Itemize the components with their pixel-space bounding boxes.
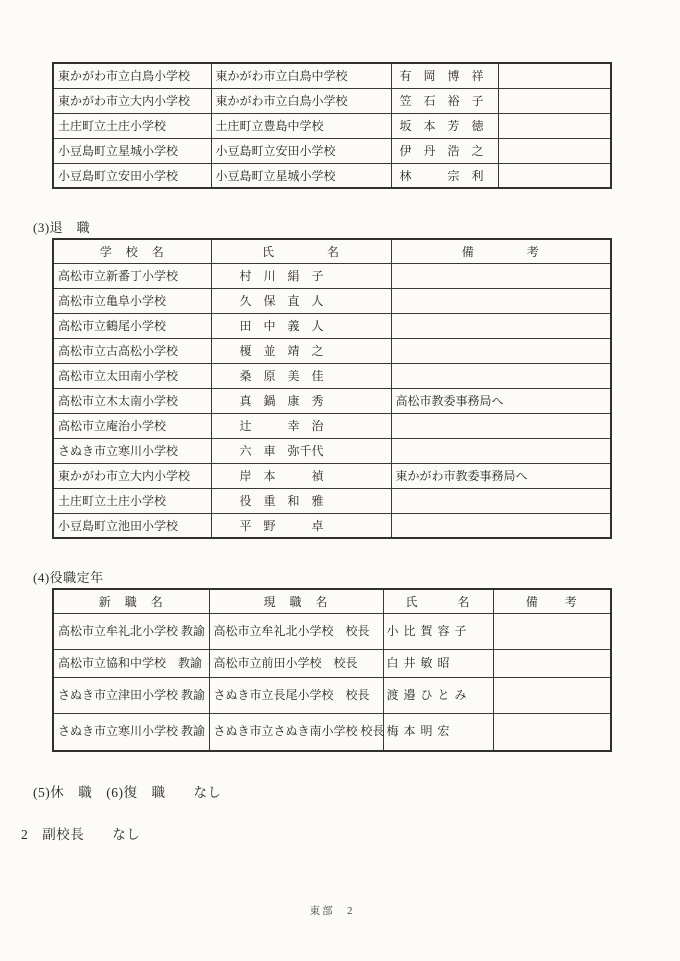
table-row: さぬき市立寒川小学校 六 車 弥千代 (53, 438, 611, 463)
school-name-cell: さぬき市立寒川小学校 (53, 438, 211, 463)
table-row: 高松市立木太南小学校 真 鍋 康 秀 高松市教委事務局へ (53, 388, 611, 413)
person-name-cell: 坂 本 芳 徳 (391, 113, 498, 138)
current-post-cell: さぬき市立長尾小学校 校長 (209, 677, 383, 713)
remarks-cell (493, 677, 611, 713)
table-row: 小豆島町立安田小学校 小豆島町立星城小学校 林 宗 利 (53, 163, 611, 188)
table-row: 高松市立庵治小学校 辻 幸 治 (53, 413, 611, 438)
remarks-header: 備 考 (493, 589, 611, 613)
new-post-cell: さぬき市立津田小学校 教諭 (53, 677, 209, 713)
new-school-cell: 小豆島町立星城小学校 (211, 163, 391, 188)
page-footer: 東部 2 (0, 903, 664, 918)
remarks-cell: 東かがわ市教委事務局へ (391, 463, 611, 488)
table-row: さぬき市立寒川小学校 教諭 さぬき市立さぬき南小学校 校長 梅 本 明 宏 (53, 713, 611, 751)
current-school-cell: 小豆島町立安田小学校 (53, 163, 211, 188)
section-4-heading: (4)役職定年 (33, 567, 104, 586)
person-name-cell: 田 中 義 人 (211, 313, 391, 338)
school-name-cell: 高松市立新番丁小学校 (53, 263, 211, 288)
person-name-cell: 真 鍋 康 秀 (211, 388, 391, 413)
person-name-cell: 渡 邉 ひ と み (383, 677, 493, 713)
new-school-cell: 土庄町立豊島中学校 (211, 113, 391, 138)
note-cell (498, 88, 611, 113)
school-name-cell: 高松市立太田南小学校 (53, 363, 211, 388)
table-row: 小豆島町立星城小学校 小豆島町立安田小学校 伊 丹 浩 之 (53, 138, 611, 163)
table-row: 高松市立古高松小学校 榎 並 靖 之 (53, 338, 611, 363)
table-row: 高松市立太田南小学校 桑 原 美 佳 (53, 363, 611, 388)
person-name-cell: 役 重 和 雅 (211, 488, 391, 513)
current-post-header: 現 職 名 (209, 589, 383, 613)
note-cell (498, 113, 611, 138)
table-row: 高松市立鶴尾小学校 田 中 義 人 (53, 313, 611, 338)
school-name-cell: 土庄町立土庄小学校 (53, 488, 211, 513)
school-name-cell: 高松市立亀阜小学校 (53, 288, 211, 313)
person-name-cell: 梅 本 明 宏 (383, 713, 493, 751)
person-name-cell: 笠 石 裕 子 (391, 88, 498, 113)
school-name-cell: 高松市立木太南小学校 (53, 388, 211, 413)
person-name-cell: 辻 幸 治 (211, 413, 391, 438)
table-row: 高松市立協和中学校 教諭 高松市立前田小学校 校長 白 井 敏 昭 (53, 649, 611, 677)
table-row: 高松市立亀阜小学校 久 保 直 人 (53, 288, 611, 313)
new-post-cell: 高松市立牟礼北小学校 教諭 (53, 613, 209, 649)
role-retirement-table: 新 職 名 現 職 名 氏 名 備 考 高松市立牟礼北小学校 教諭 高松市立牟礼… (52, 588, 612, 752)
remarks-cell (391, 488, 611, 513)
transfer-table: 東かがわ市立白鳥小学校 東かがわ市立白鳥中学校 有 岡 博 祥 東かがわ市立大内… (52, 62, 612, 189)
remarks-cell (391, 288, 611, 313)
new-school-cell: 東かがわ市立白鳥中学校 (211, 63, 391, 88)
table-row: 小豆島町立池田小学校 平 野 卓 (53, 513, 611, 538)
person-name-cell: 村 川 絹 子 (211, 263, 391, 288)
section-5-6-line: (5)休 職 (6)復 職 なし (33, 781, 221, 801)
current-school-cell: 東かがわ市立白鳥小学校 (53, 63, 211, 88)
retirement-table: 学 校 名 氏 名 備 考 高松市立新番丁小学校 村 川 絹 子 高松市立亀阜小… (52, 238, 612, 539)
note-cell (498, 63, 611, 88)
section-3-heading: (3)退 職 (33, 217, 90, 236)
new-school-cell: 東かがわ市立白鳥小学校 (211, 88, 391, 113)
remarks-cell (391, 313, 611, 338)
remarks-header: 備 考 (391, 239, 611, 263)
person-name-cell: 小 比 賀 容 子 (383, 613, 493, 649)
section-2-line: 2 副校長 なし (21, 823, 140, 843)
person-name-cell: 平 野 卓 (211, 513, 391, 538)
school-name-cell: 高松市立古高松小学校 (53, 338, 211, 363)
table-row: 高松市立新番丁小学校 村 川 絹 子 (53, 263, 611, 288)
person-name-cell: 岸 本 禎 (211, 463, 391, 488)
table-row: 高松市立牟礼北小学校 教諭 高松市立牟礼北小学校 校長 小 比 賀 容 子 (53, 613, 611, 649)
current-school-cell: 土庄町立土庄小学校 (53, 113, 211, 138)
person-name-cell: 六 車 弥千代 (211, 438, 391, 463)
person-name-cell: 榎 並 靖 之 (211, 338, 391, 363)
table-row: 東かがわ市立白鳥小学校 東かがわ市立白鳥中学校 有 岡 博 祥 (53, 63, 611, 88)
school-name-cell: 高松市立鶴尾小学校 (53, 313, 211, 338)
school-name-cell: 東かがわ市立大内小学校 (53, 463, 211, 488)
school-name-cell: 小豆島町立池田小学校 (53, 513, 211, 538)
table-row: 土庄町立土庄小学校 役 重 和 雅 (53, 488, 611, 513)
current-post-cell: 高松市立牟礼北小学校 校長 (209, 613, 383, 649)
table-row: 東かがわ市立大内小学校 東かがわ市立白鳥小学校 笠 石 裕 子 (53, 88, 611, 113)
remarks-cell (391, 438, 611, 463)
new-post-cell: 高松市立協和中学校 教諭 (53, 649, 209, 677)
table-row: さぬき市立津田小学校 教諭 さぬき市立長尾小学校 校長 渡 邉 ひ と み (53, 677, 611, 713)
table-row: 土庄町立土庄小学校 土庄町立豊島中学校 坂 本 芳 徳 (53, 113, 611, 138)
table-header-row: 新 職 名 現 職 名 氏 名 備 考 (53, 589, 611, 613)
new-post-cell: さぬき市立寒川小学校 教諭 (53, 713, 209, 751)
remarks-cell (391, 363, 611, 388)
remarks-cell (391, 338, 611, 363)
remarks-cell (493, 649, 611, 677)
person-name-header: 氏 名 (211, 239, 391, 263)
new-school-cell: 小豆島町立安田小学校 (211, 138, 391, 163)
note-cell (498, 138, 611, 163)
person-name-cell: 有 岡 博 祥 (391, 63, 498, 88)
table-row: 東かがわ市立大内小学校 岸 本 禎 東かがわ市教委事務局へ (53, 463, 611, 488)
remarks-cell (391, 413, 611, 438)
remarks-cell (391, 263, 611, 288)
person-name-cell: 林 宗 利 (391, 163, 498, 188)
current-school-cell: 東かがわ市立大内小学校 (53, 88, 211, 113)
person-name-header: 氏 名 (383, 589, 493, 613)
person-name-cell: 桑 原 美 佳 (211, 363, 391, 388)
remarks-cell: 高松市教委事務局へ (391, 388, 611, 413)
current-post-cell: さぬき市立さぬき南小学校 校長 (209, 713, 383, 751)
document-page: 東かがわ市立白鳥小学校 東かがわ市立白鳥中学校 有 岡 博 祥 東かがわ市立大内… (0, 0, 680, 961)
person-name-cell: 久 保 直 人 (211, 288, 391, 313)
remarks-cell (493, 613, 611, 649)
table-header-row: 学 校 名 氏 名 備 考 (53, 239, 611, 263)
person-name-cell: 伊 丹 浩 之 (391, 138, 498, 163)
remarks-cell (493, 713, 611, 751)
current-school-cell: 小豆島町立星城小学校 (53, 138, 211, 163)
person-name-cell: 白 井 敏 昭 (383, 649, 493, 677)
note-cell (498, 163, 611, 188)
new-post-header: 新 職 名 (53, 589, 209, 613)
remarks-cell (391, 513, 611, 538)
school-name-header: 学 校 名 (53, 239, 211, 263)
current-post-cell: 高松市立前田小学校 校長 (209, 649, 383, 677)
school-name-cell: 高松市立庵治小学校 (53, 413, 211, 438)
